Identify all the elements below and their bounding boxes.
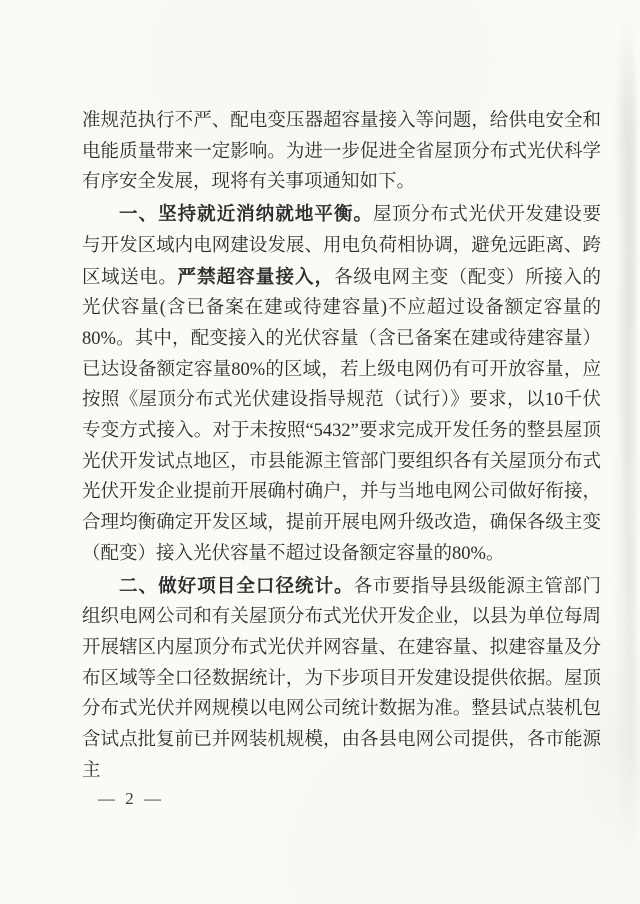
section-2-heading: 二、做好项目全口径统计。 xyxy=(119,575,354,596)
paragraph-continuation: 准规范执行不严、配电变压器超容量接入等问题，给供电安全和电能质量带来一定影响。为… xyxy=(82,106,601,198)
paragraph-section-1: 一、坚持就近消纳就地平衡。屋顶分布式光伏开发建设要与开发区域内电网建设发展、用电… xyxy=(82,199,601,569)
paragraph-section-2: 二、做好项目全口径统计。各市要指导县级能源主管部门组织电网公司和有关屋顶分布式光… xyxy=(82,571,601,787)
section-1-heading: 一、坚持就近消纳就地平衡。 xyxy=(119,203,373,224)
body-text: 各级电网主变（配变）所接入的光伏容量(含已备案在建或待建容量)不应超过设备额定容… xyxy=(82,268,601,564)
document-page: 准规范执行不严、配电变压器超容量接入等问题，给供电安全和电能质量带来一定影响。为… xyxy=(0,0,640,904)
emphasis-text: 严禁超容量接入， xyxy=(177,266,334,287)
body-text: 准规范执行不严、配电变压器超容量接入等问题，给供电安全和电能质量带来一定影响。为… xyxy=(82,111,601,192)
document-body: 准规范执行不严、配电变压器超容量接入等问题，给供电安全和电能质量带来一定影响。为… xyxy=(82,106,601,786)
body-text: 各市要指导县级能源主管部门组织电网公司和有关屋顶分布式光伏开发企业，以县为单位每… xyxy=(82,577,601,781)
page-number: — 2 — xyxy=(98,789,164,809)
